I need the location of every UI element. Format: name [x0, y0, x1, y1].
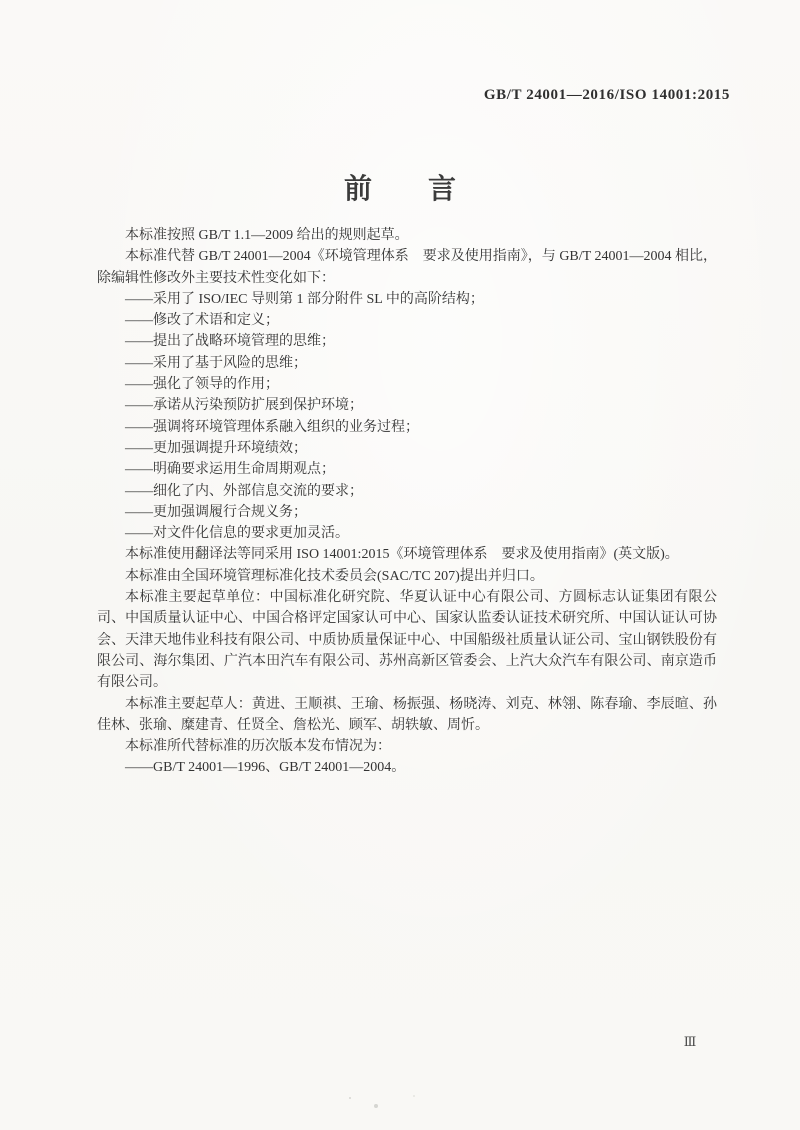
change-list-item: ——对文件化信息的要求更加灵活。 [97, 523, 717, 544]
change-list-item: ——明确要求运用生命周期观点； [97, 459, 717, 480]
paragraph: 本标准由全国环境管理标准化技术委员会(SAC/TC 207)提出并归口。 [97, 566, 717, 587]
paragraph: 本标准所代替标准的历次版本发布情况为： [97, 736, 717, 757]
change-list-item: ——强调将环境管理体系融入组织的业务过程； [97, 417, 717, 438]
paragraph: 本标准使用翻译法等同采用 ISO 14001:2015《环境管理体系 要求及使用… [97, 544, 717, 565]
change-list-item: ——承诺从污染预防扩展到保护环境； [97, 395, 717, 416]
page-number: Ⅲ [640, 1034, 740, 1050]
change-list-item: ——修改了术语和定义； [97, 310, 717, 331]
change-list-item: ——GB/T 24001—1996、GB/T 24001—2004。 [97, 757, 717, 778]
change-list-item: ——强化了领导的作用； [97, 374, 717, 395]
scanned-standard-page: { "page": { "header_code": "GB/T 24001—2… [0, 0, 800, 1130]
scan-speck [413, 1095, 415, 1097]
change-list-item: ——采用了 ISO/IEC 导则第 1 部分附件 SL 中的高阶结构； [97, 289, 717, 310]
paragraph: 本标准代替 GB/T 24001—2004《环境管理体系 要求及使用指南》，与 … [97, 246, 717, 289]
page-title-foreword: 前 言 [0, 167, 800, 207]
foreword-body: 本标准按照 GB/T 1.1—2009 给出的规则起草。本标准代替 GB/T 2… [97, 225, 717, 779]
change-list-item: ——细化了内、外部信息交流的要求； [97, 481, 717, 502]
scan-speck [374, 1104, 378, 1108]
standard-code-header: GB/T 24001—2016/ISO 14001:2015 [0, 87, 730, 104]
change-list-item: ——更加强调履行合规义务； [97, 502, 717, 523]
change-list-item: ——更加强调提升环境绩效； [97, 438, 717, 459]
scan-speck [349, 1097, 351, 1099]
paragraph: 本标准主要起草人：黄进、王顺祺、王瑜、杨振强、杨晓涛、刘克、林翎、陈春瑜、李辰暄… [97, 694, 717, 737]
change-list-item: ——提出了战略环境管理的思维； [97, 331, 717, 352]
paragraph: 本标准主要起草单位：中国标准化研究院、华夏认证中心有限公司、方圆标志认证集团有限… [97, 587, 717, 693]
change-list-item: ——采用了基于风险的思维； [97, 353, 717, 374]
paragraph: 本标准按照 GB/T 1.1—2009 给出的规则起草。 [97, 225, 717, 246]
